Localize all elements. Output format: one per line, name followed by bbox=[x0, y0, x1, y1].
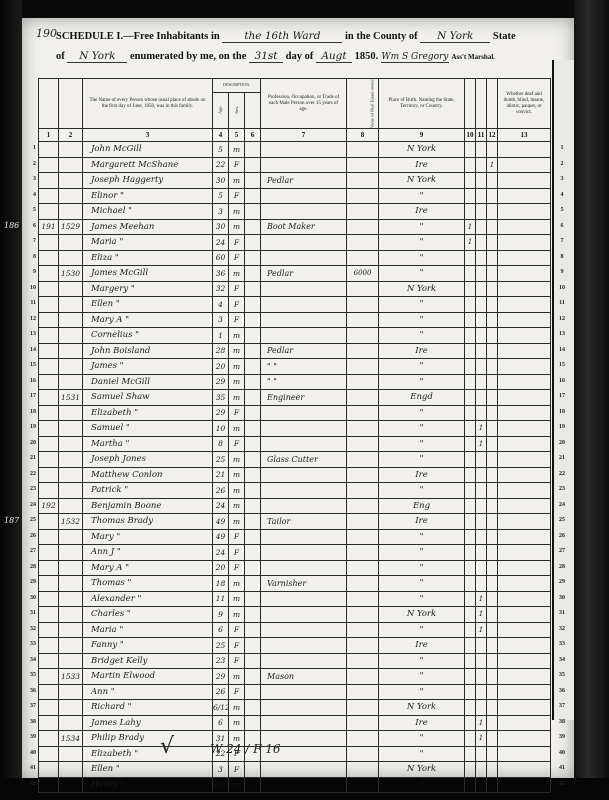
table-row: James Lahy6mIre1 bbox=[39, 715, 551, 731]
family-number-cell bbox=[59, 607, 83, 623]
illiterate-cell bbox=[487, 390, 498, 406]
illiterate-cell bbox=[487, 653, 498, 669]
disability-cell bbox=[498, 436, 551, 452]
disability-cell bbox=[498, 405, 551, 421]
occupation-cell bbox=[261, 421, 347, 437]
sex-cell: F bbox=[229, 436, 245, 452]
table-row: Elinor "5F" bbox=[39, 188, 551, 204]
table-row: Ann J "24F" bbox=[39, 545, 551, 561]
census-rows: John McGill5mN YorkMargarett McShane22FI… bbox=[39, 142, 551, 793]
table-row: Samuel "10m"1 bbox=[39, 421, 551, 437]
occupation-cell: Engineer bbox=[261, 390, 347, 406]
birthplace-cell: " bbox=[379, 560, 465, 576]
sex-cell: F bbox=[229, 529, 245, 545]
birthplace-cell: " bbox=[379, 219, 465, 235]
age-cell: 6/12 bbox=[213, 700, 229, 716]
schedule-title-line2: of N York enumerated by me, on the 31st … bbox=[56, 50, 495, 63]
disability-cell bbox=[498, 266, 551, 282]
occupation-cell: Mason bbox=[261, 669, 347, 685]
line-number-left: 37 bbox=[22, 703, 36, 709]
disability-cell bbox=[498, 374, 551, 390]
real-estate-value-cell bbox=[347, 622, 379, 638]
married-cell bbox=[465, 312, 476, 328]
married-cell bbox=[465, 204, 476, 220]
line-number-right: 30 bbox=[555, 595, 569, 601]
married-cell bbox=[465, 529, 476, 545]
line-number-left: 39 bbox=[22, 734, 36, 740]
color-cell bbox=[245, 405, 261, 421]
dwelling-number-cell bbox=[39, 746, 59, 762]
school-cell bbox=[476, 312, 487, 328]
disability-cell bbox=[498, 297, 551, 313]
dwelling-number-cell bbox=[39, 359, 59, 375]
color-cell bbox=[245, 266, 261, 282]
person-name-cell: Thomas " bbox=[83, 576, 213, 592]
line-number-left: 19 bbox=[22, 424, 36, 430]
school-cell bbox=[476, 514, 487, 530]
family-number-cell bbox=[59, 405, 83, 421]
line-number-strip bbox=[552, 60, 574, 720]
birthplace-cell: Ire bbox=[379, 204, 465, 220]
family-number-cell bbox=[59, 622, 83, 638]
table-row: Fanny "25FIre bbox=[39, 638, 551, 654]
sex-cell: F bbox=[229, 653, 245, 669]
table-row: Margarett McShane22FIre1 bbox=[39, 157, 551, 173]
line-number-left: 4 bbox=[22, 192, 36, 198]
birthplace-cell: " bbox=[379, 529, 465, 545]
disability-cell bbox=[498, 421, 551, 437]
marshal-signature: Wm S Gregory bbox=[381, 52, 449, 63]
occupation-cell bbox=[261, 405, 347, 421]
sex-cell: m bbox=[229, 514, 245, 530]
family-number-cell: 1534 bbox=[59, 731, 83, 747]
line-number-right: 34 bbox=[555, 657, 569, 663]
age-cell: 3 bbox=[213, 312, 229, 328]
table-row: Matthew Conlon21mIre bbox=[39, 467, 551, 483]
color-cell bbox=[245, 622, 261, 638]
real-estate-value-cell bbox=[347, 715, 379, 731]
dwelling-number-cell bbox=[39, 188, 59, 204]
birthplace-cell: " bbox=[379, 250, 465, 266]
line-number-right: 15 bbox=[555, 362, 569, 368]
real-estate-value-cell bbox=[347, 746, 379, 762]
disability-cell bbox=[498, 359, 551, 375]
family-number-cell bbox=[59, 498, 83, 514]
family-number-cell bbox=[59, 576, 83, 592]
person-name-cell: James Meehan bbox=[83, 219, 213, 235]
birthplace-cell: N York bbox=[379, 700, 465, 716]
color-cell bbox=[245, 204, 261, 220]
color-cell bbox=[245, 591, 261, 607]
real-estate-value-cell bbox=[347, 173, 379, 189]
illiterate-cell bbox=[487, 297, 498, 313]
family-number-cell bbox=[59, 235, 83, 251]
birthplace-cell: " bbox=[379, 235, 465, 251]
real-estate-value-cell bbox=[347, 576, 379, 592]
school-cell bbox=[476, 374, 487, 390]
line-number-left: 31 bbox=[22, 610, 36, 616]
occupation-cell bbox=[261, 684, 347, 700]
occupation-cell bbox=[261, 250, 347, 266]
illiterate-cell bbox=[487, 715, 498, 731]
line-number-right: 14 bbox=[555, 347, 569, 353]
census-table: Dwelling-houses numbered in the order of… bbox=[38, 78, 551, 793]
line-number-left: 29 bbox=[22, 579, 36, 585]
married-cell bbox=[465, 715, 476, 731]
state-label: State bbox=[493, 31, 516, 42]
family-number-cell bbox=[59, 374, 83, 390]
birthplace-cell: " bbox=[379, 777, 465, 793]
line-number-right: 39 bbox=[555, 734, 569, 740]
line-number-left: 21 bbox=[22, 455, 36, 461]
occupation-cell: Tailor bbox=[261, 514, 347, 530]
color-cell bbox=[245, 142, 261, 158]
real-estate-value-cell bbox=[347, 529, 379, 545]
real-estate-value-cell bbox=[347, 390, 379, 406]
school-cell: 1 bbox=[476, 715, 487, 731]
school-cell bbox=[476, 452, 487, 468]
person-name-cell: Elinor " bbox=[83, 188, 213, 204]
dwelling-number-cell bbox=[39, 684, 59, 700]
married-cell: 1 bbox=[465, 219, 476, 235]
line-number-right: 19 bbox=[555, 424, 569, 430]
line-number-right: 11 bbox=[555, 300, 569, 306]
dwelling-number-cell bbox=[39, 436, 59, 452]
illiterate-cell bbox=[487, 188, 498, 204]
age-cell: 18 bbox=[213, 576, 229, 592]
family-number-cell bbox=[59, 204, 83, 220]
illiterate-cell bbox=[487, 343, 498, 359]
family-number-cell bbox=[59, 421, 83, 437]
dwelling-number-cell bbox=[39, 266, 59, 282]
sex-cell: F bbox=[229, 188, 245, 204]
sex-cell: m bbox=[229, 390, 245, 406]
line-number-right: 16 bbox=[555, 378, 569, 384]
family-number-cell bbox=[59, 483, 83, 499]
margin-note: 186 bbox=[4, 221, 19, 230]
married-cell bbox=[465, 653, 476, 669]
sex-cell: F bbox=[229, 762, 245, 778]
married-cell bbox=[465, 638, 476, 654]
disability-cell bbox=[498, 715, 551, 731]
school-cell bbox=[476, 529, 487, 545]
table-row: Charles "9mN York1 bbox=[39, 607, 551, 623]
line-number-left: 12 bbox=[22, 316, 36, 322]
disability-cell bbox=[498, 762, 551, 778]
real-estate-value-cell bbox=[347, 731, 379, 747]
age-cell: 26 bbox=[213, 483, 229, 499]
occupation-cell bbox=[261, 777, 347, 793]
disability-cell bbox=[498, 514, 551, 530]
dwelling-number-cell bbox=[39, 421, 59, 437]
real-estate-value-cell bbox=[347, 498, 379, 514]
married-cell bbox=[465, 359, 476, 375]
married-cell bbox=[465, 188, 476, 204]
age-cell: 28 bbox=[213, 343, 229, 359]
person-name-cell: Ellen " bbox=[83, 762, 213, 778]
real-estate-value-cell bbox=[347, 777, 379, 793]
table-row: Mary A "20F" bbox=[39, 560, 551, 576]
line-number-right: 20 bbox=[555, 440, 569, 446]
line-number-right: 7 bbox=[555, 238, 569, 244]
color-cell bbox=[245, 483, 261, 499]
illiterate-cell bbox=[487, 514, 498, 530]
school-cell bbox=[476, 188, 487, 204]
school-cell bbox=[476, 219, 487, 235]
color-cell bbox=[245, 297, 261, 313]
color-cell bbox=[245, 281, 261, 297]
table-row: Maria "6F"1 bbox=[39, 622, 551, 638]
line-number-left: 18 bbox=[22, 409, 36, 415]
disability-cell bbox=[498, 638, 551, 654]
disability-cell bbox=[498, 390, 551, 406]
illiterate-cell bbox=[487, 545, 498, 561]
illiterate-cell bbox=[487, 173, 498, 189]
table-row: Ellen "3FN York bbox=[39, 762, 551, 778]
line-number-right: 18 bbox=[555, 409, 569, 415]
married-cell bbox=[465, 436, 476, 452]
real-estate-value-cell bbox=[347, 405, 379, 421]
married-cell bbox=[465, 576, 476, 592]
person-name-cell: Eliza " bbox=[83, 250, 213, 266]
dwelling-number-cell bbox=[39, 560, 59, 576]
line-number-right: 2 bbox=[555, 161, 569, 167]
birthplace-cell: " bbox=[379, 328, 465, 344]
family-number-cell bbox=[59, 188, 83, 204]
age-cell: 24 bbox=[213, 498, 229, 514]
occupation-cell bbox=[261, 715, 347, 731]
margin-note: 187 bbox=[4, 516, 19, 525]
birthplace-cell: " bbox=[379, 483, 465, 499]
line-number-left: 16 bbox=[22, 378, 36, 384]
dwelling-number-cell bbox=[39, 514, 59, 530]
sex-cell: m bbox=[229, 483, 245, 499]
school-cell bbox=[476, 545, 487, 561]
line-number-left: 33 bbox=[22, 641, 36, 647]
family-number-cell bbox=[59, 545, 83, 561]
dwelling-number-cell bbox=[39, 173, 59, 189]
age-cell: 49 bbox=[213, 529, 229, 545]
illiterate-cell bbox=[487, 436, 498, 452]
birthplace-cell: N York bbox=[379, 281, 465, 297]
header-disability: Whether deaf and dumb, blind, insane, id… bbox=[498, 79, 551, 129]
disability-cell bbox=[498, 188, 551, 204]
table-row: John McGill5mN York bbox=[39, 142, 551, 158]
person-name-cell: Fanny " bbox=[83, 638, 213, 654]
table-row: Eliza "60F" bbox=[39, 250, 551, 266]
disability-cell bbox=[498, 529, 551, 545]
age-cell: 21 bbox=[213, 467, 229, 483]
dwelling-number-cell bbox=[39, 669, 59, 685]
sex-cell: m bbox=[229, 142, 245, 158]
sex-cell: F bbox=[229, 405, 245, 421]
table-row: Cornelius "1m" bbox=[39, 328, 551, 344]
illiterate-cell bbox=[487, 467, 498, 483]
occupation-cell: Varnisher bbox=[261, 576, 347, 592]
disability-cell bbox=[498, 250, 551, 266]
sex-cell: F bbox=[229, 297, 245, 313]
real-estate-value-cell bbox=[347, 653, 379, 669]
school-cell bbox=[476, 684, 487, 700]
person-name-cell: Ann " bbox=[83, 684, 213, 700]
sex-cell: m bbox=[229, 498, 245, 514]
birthplace-cell: Engd bbox=[379, 390, 465, 406]
color-cell bbox=[245, 545, 261, 561]
illiterate-cell bbox=[487, 731, 498, 747]
dwelling-number-cell bbox=[39, 452, 59, 468]
line-number-left: 1 bbox=[22, 145, 36, 151]
person-name-cell: Joseph Haggerty bbox=[83, 173, 213, 189]
dwelling-number-cell bbox=[39, 545, 59, 561]
line-number-left: 11 bbox=[22, 300, 36, 306]
birthplace-cell: " bbox=[379, 452, 465, 468]
color-cell bbox=[245, 684, 261, 700]
married-cell bbox=[465, 762, 476, 778]
family-number-cell bbox=[59, 328, 83, 344]
county-field: N York bbox=[420, 30, 490, 43]
line-number-left: 36 bbox=[22, 688, 36, 694]
line-number-right: 24 bbox=[555, 502, 569, 508]
line-number-right: 37 bbox=[555, 703, 569, 709]
person-name-cell: Margarett McShane bbox=[83, 157, 213, 173]
dwelling-number-cell bbox=[39, 157, 59, 173]
birthplace-cell: Ire bbox=[379, 638, 465, 654]
dwelling-number-cell bbox=[39, 235, 59, 251]
line-number-right: 35 bbox=[555, 672, 569, 678]
sex-cell: F bbox=[229, 157, 245, 173]
occupation-cell bbox=[261, 529, 347, 545]
occupation-cell bbox=[261, 483, 347, 499]
color-cell bbox=[245, 777, 261, 793]
of-label: of bbox=[56, 51, 65, 62]
person-name-cell: Michael " bbox=[83, 204, 213, 220]
table-row: Henry "2/12m" bbox=[39, 777, 551, 793]
table-row: Mary A "3F" bbox=[39, 312, 551, 328]
person-name-cell: Bridget Kelly bbox=[83, 653, 213, 669]
line-number-right: 42 bbox=[555, 781, 569, 787]
birthplace-cell: N York bbox=[379, 762, 465, 778]
real-estate-value-cell bbox=[347, 545, 379, 561]
school-cell bbox=[476, 390, 487, 406]
birthplace-cell: " bbox=[379, 746, 465, 762]
occupation-cell bbox=[261, 607, 347, 623]
married-cell bbox=[465, 607, 476, 623]
person-name-cell: Mary A " bbox=[83, 560, 213, 576]
sex-cell: m bbox=[229, 359, 245, 375]
dwelling-number-cell bbox=[39, 390, 59, 406]
birthplace-cell: " bbox=[379, 653, 465, 669]
disability-cell bbox=[498, 281, 551, 297]
header-name: The Name of every Person whose usual pla… bbox=[83, 79, 213, 129]
disability-cell bbox=[498, 157, 551, 173]
color-cell bbox=[245, 715, 261, 731]
family-number-cell: 1532 bbox=[59, 514, 83, 530]
illiterate-cell bbox=[487, 560, 498, 576]
married-cell bbox=[465, 700, 476, 716]
table-row: Elizabeth "22F" bbox=[39, 746, 551, 762]
birthplace-cell: " bbox=[379, 297, 465, 313]
disability-cell bbox=[498, 467, 551, 483]
person-name-cell: Patrick " bbox=[83, 483, 213, 499]
disability-cell bbox=[498, 545, 551, 561]
family-number-cell bbox=[59, 777, 83, 793]
occupation-cell bbox=[261, 142, 347, 158]
illiterate-cell bbox=[487, 607, 498, 623]
birthplace-cell: N York bbox=[379, 173, 465, 189]
line-number-right: 3 bbox=[555, 176, 569, 182]
dwelling-number-cell bbox=[39, 607, 59, 623]
school-cell bbox=[476, 142, 487, 158]
occupation-cell bbox=[261, 312, 347, 328]
line-number-left: 41 bbox=[22, 765, 36, 771]
header-real-estate: Value of Real Estate owned. bbox=[347, 79, 379, 129]
disability-cell bbox=[498, 777, 551, 793]
real-estate-value-cell bbox=[347, 684, 379, 700]
family-number-cell bbox=[59, 343, 83, 359]
table-row: Patrick "26m" bbox=[39, 483, 551, 499]
header-birthplace: Place of Birth. Naming the State, Territ… bbox=[379, 79, 465, 129]
school-cell bbox=[476, 266, 487, 282]
color-cell bbox=[245, 653, 261, 669]
day-field: 31st bbox=[249, 50, 283, 63]
header-age: Age. bbox=[213, 93, 229, 129]
school-cell bbox=[476, 467, 487, 483]
real-estate-value-cell bbox=[347, 312, 379, 328]
table-row: John Boisland28mPedlarIre bbox=[39, 343, 551, 359]
school-cell bbox=[476, 483, 487, 499]
age-cell: 5 bbox=[213, 142, 229, 158]
person-name-cell: Ann J " bbox=[83, 545, 213, 561]
married-cell bbox=[465, 374, 476, 390]
birthplace-cell: N York bbox=[379, 142, 465, 158]
married-cell bbox=[465, 343, 476, 359]
school-cell bbox=[476, 405, 487, 421]
real-estate-value-cell bbox=[347, 359, 379, 375]
sex-cell: m bbox=[229, 591, 245, 607]
person-name-cell: Margery " bbox=[83, 281, 213, 297]
color-cell bbox=[245, 235, 261, 251]
person-name-cell: John McGill bbox=[83, 142, 213, 158]
birthplace-cell: " bbox=[379, 374, 465, 390]
color-cell bbox=[245, 390, 261, 406]
dwelling-number-cell bbox=[39, 467, 59, 483]
sex-cell: F bbox=[229, 545, 245, 561]
age-cell: 5 bbox=[213, 188, 229, 204]
sex-cell: F bbox=[229, 281, 245, 297]
line-number-left: 27 bbox=[22, 548, 36, 554]
sex-cell: m bbox=[229, 343, 245, 359]
line-number-left: 24 bbox=[22, 502, 36, 508]
age-cell: 36 bbox=[213, 266, 229, 282]
table-row: Michael "3mIre bbox=[39, 204, 551, 220]
family-number-cell bbox=[59, 591, 83, 607]
disability-cell bbox=[498, 483, 551, 499]
line-number-right: 6 bbox=[555, 223, 569, 229]
occupation-cell: Pedlar bbox=[261, 266, 347, 282]
person-name-cell: Benjamin Boone bbox=[83, 498, 213, 514]
school-cell bbox=[476, 204, 487, 220]
family-number-cell bbox=[59, 297, 83, 313]
dwelling-number-cell bbox=[39, 328, 59, 344]
illiterate-cell bbox=[487, 405, 498, 421]
line-number-left: 10 bbox=[22, 285, 36, 291]
line-number-left: 5 bbox=[22, 207, 36, 213]
occupation-cell bbox=[261, 545, 347, 561]
person-name-cell: Charles " bbox=[83, 607, 213, 623]
school-cell: 1 bbox=[476, 591, 487, 607]
dwelling-number-cell bbox=[39, 312, 59, 328]
sex-cell: m bbox=[229, 328, 245, 344]
